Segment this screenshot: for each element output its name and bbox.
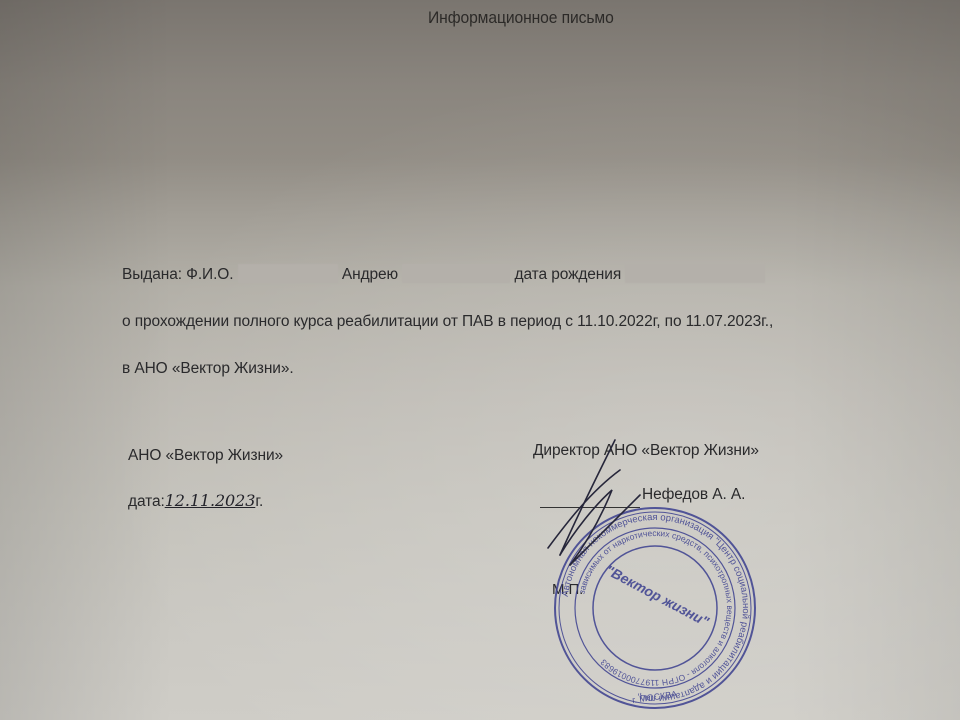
stamp-and-signature: Автономная некоммерческая организация "Ц… [0,0,960,720]
stamp-center-text: "Вектор жизни" [603,562,712,630]
round-stamp [555,508,755,708]
stamp-inner-text: зависимых от наркотических средств, псих… [576,528,735,688]
stamp-outer-text: Автономная некоммерческая организация "Ц… [560,512,751,704]
